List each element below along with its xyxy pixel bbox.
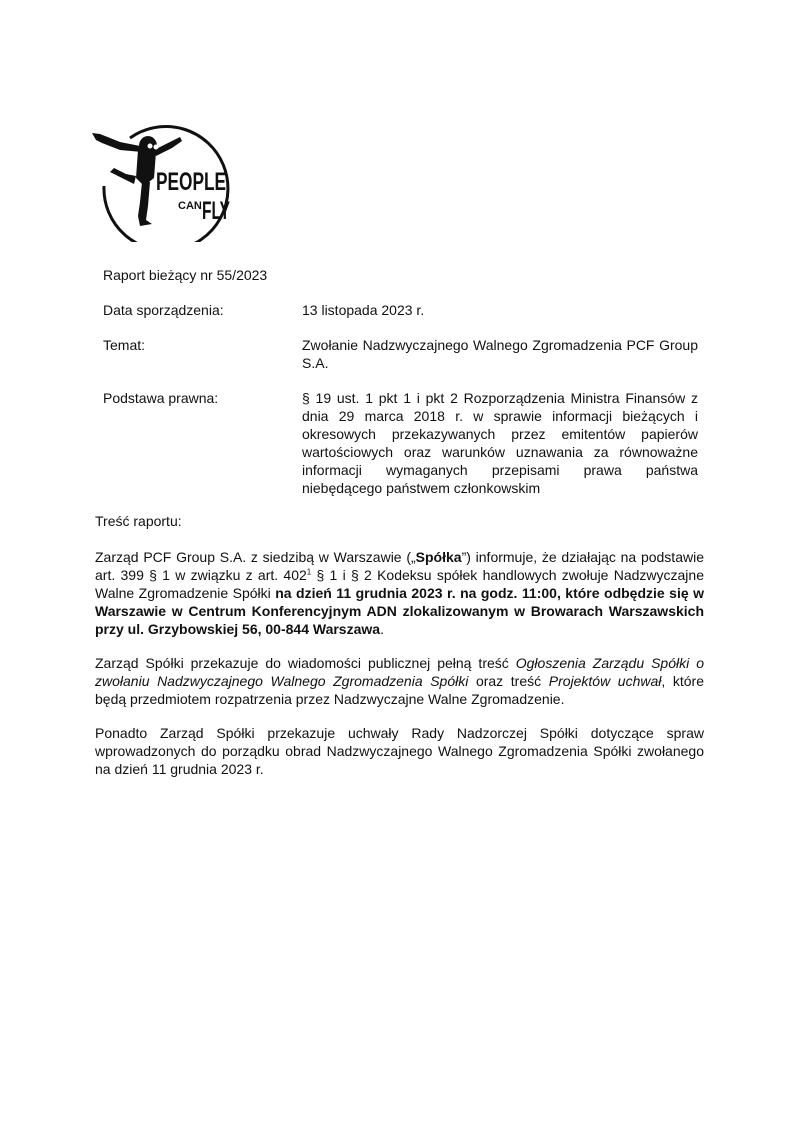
logo-text-can: CAN — [178, 200, 202, 212]
logo-text-fly: FLY — [202, 197, 230, 225]
p1-company-term: Spółka — [416, 549, 462, 565]
field-subject: Temat: Zwołanie Nadzwyczajnego Walnego Z… — [103, 336, 698, 372]
field-date-value: 13 listopada 2023 r. — [302, 301, 698, 319]
content-heading: Treść raportu: — [95, 512, 704, 530]
field-legal-basis-value: § 19 ust. 1 pkt 1 i pkt 2 Rozporządzenia… — [302, 389, 698, 497]
p1-text-f: . — [380, 621, 384, 637]
field-subject-value: Zwołanie Nadzwyczajnego Walnego Zgromadz… — [302, 336, 698, 372]
p2-text-c: oraz treść — [468, 673, 548, 689]
field-date-label: Data sporządzenia: — [103, 301, 302, 319]
paragraph-publication: Zarząd Spółki przekazuje do wiadomości p… — [95, 654, 704, 708]
field-legal-basis: Podstawa prawna: § 19 ust. 1 pkt 1 i pkt… — [103, 389, 698, 497]
field-subject-label: Temat: — [103, 336, 302, 372]
field-legal-basis-label: Podstawa prawna: — [103, 389, 302, 497]
report-title: Raport bieżący nr 55/2023 — [103, 266, 698, 284]
report-content: Treść raportu: Zarząd PCF Group S.A. z s… — [95, 512, 704, 794]
p2-draft-resolutions: Projektów uchwał — [549, 673, 662, 689]
p2-text-a: Zarząd Spółki przekazuje do wiadomości p… — [95, 655, 516, 671]
paragraph-supervisory-board: Ponadto Zarząd Spółki przekazuje uchwały… — [95, 724, 704, 778]
paragraph-announcement: Zarząd PCF Group S.A. z siedzibą w Warsz… — [95, 548, 704, 638]
field-date: Data sporządzenia: 13 listopada 2023 r. — [103, 301, 698, 319]
logo-text-people: PEOPLE — [156, 168, 226, 196]
people-can-fly-logo-icon: PEOPLE CAN FLY — [90, 116, 236, 242]
report-metadata: Raport bieżący nr 55/2023 Data sporządze… — [103, 266, 698, 514]
p1-text-a: Zarząd PCF Group S.A. z siedzibą w Warsz… — [95, 549, 416, 565]
